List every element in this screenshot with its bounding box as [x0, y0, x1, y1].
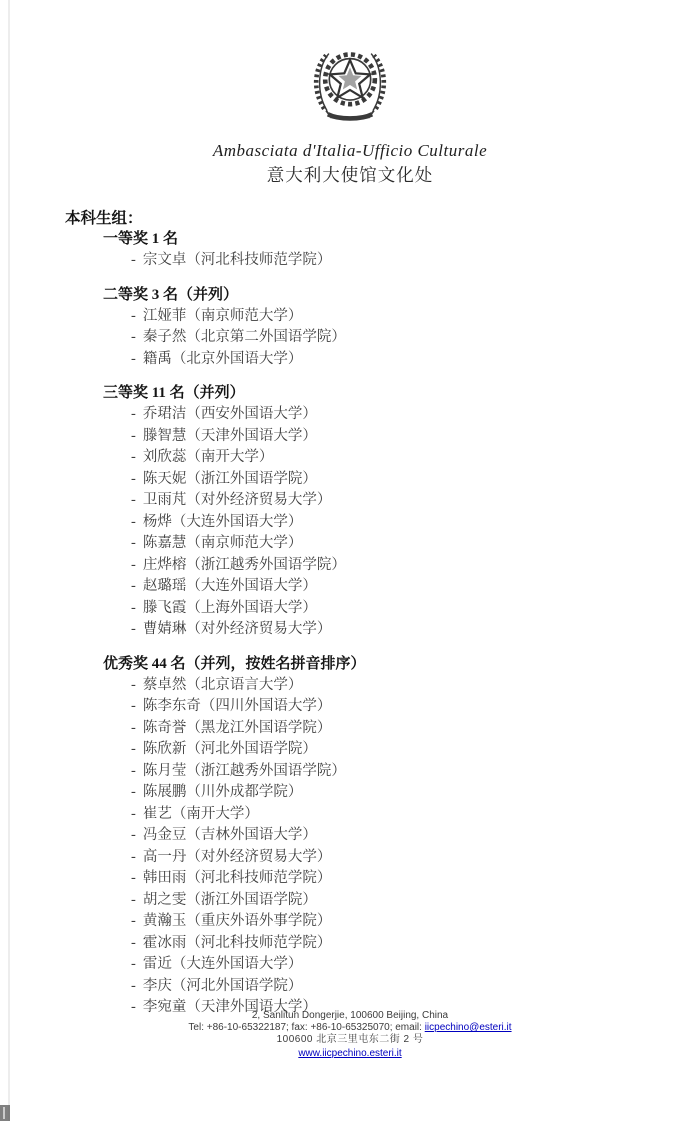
- winner-name: 秦子然（北京第二外国语学院）: [143, 329, 346, 345]
- bullet-dash: -: [131, 720, 136, 736]
- winner-name: 高一丹（对外经济贸易大学）: [143, 849, 332, 865]
- winner-item: -滕飞霞（上海外国语大学）: [65, 598, 700, 620]
- bullet-dash: -: [131, 741, 136, 757]
- winner-name: 陈月莹（浙江越秀外国语学院）: [143, 763, 346, 779]
- bullet-dash: -: [131, 471, 136, 487]
- footer-address-en: 2, Sanlitun Dongerjie, 100600 Beijing, C…: [0, 1010, 700, 1022]
- winner-item: -陈天妮（浙江外国语学院）: [65, 469, 700, 491]
- bullet-dash: -: [131, 600, 136, 616]
- winner-item: -霍冰雨（河北科技师范学院）: [65, 933, 700, 955]
- bullet-dash: -: [131, 677, 136, 693]
- group-title: 本科生组：: [65, 209, 700, 229]
- footer-contact-prefix: Tel: +86-10-65322187; fax: +86-10-653250…: [188, 1022, 424, 1033]
- winner-item: -陈嘉慧（南京师范大学）: [65, 533, 700, 555]
- section-heading: 二等奖 3 名（并列）: [65, 285, 700, 306]
- winner-name: 卫雨芃（对外经济贸易大学）: [143, 492, 332, 508]
- bullet-dash: -: [131, 870, 136, 886]
- winner-item: -乔珺洁（西安外国语大学）: [65, 404, 700, 426]
- bullet-dash: -: [131, 784, 136, 800]
- winner-item: -李庆（河北外国语学院）: [65, 976, 700, 998]
- winner-name: 霍冰雨（河北科技师范学院）: [143, 935, 332, 951]
- bullet-dash: -: [131, 308, 136, 324]
- italian-republic-emblem-icon: [304, 36, 396, 130]
- winner-item: -韩田雨（河北科技师范学院）: [65, 868, 700, 890]
- bullet-dash: -: [131, 351, 136, 367]
- bullet-dash: -: [131, 849, 136, 865]
- bullet-dash: -: [131, 514, 136, 530]
- letterhead: Ambasciata d'Italia-Ufficio Culturale 意大…: [0, 0, 700, 187]
- winner-item: -卫雨芃（对外经济贸易大学）: [65, 490, 700, 512]
- bullet-dash: -: [131, 698, 136, 714]
- winner-item: -高一丹（对外经济贸易大学）: [65, 847, 700, 869]
- winner-item: -冯金豆（吉林外国语大学）: [65, 825, 700, 847]
- section-heading: 一等奖 1 名: [65, 229, 700, 250]
- winner-name: 江娅菲（南京师范大学）: [143, 308, 303, 324]
- scan-corner-artifact: [0, 1105, 10, 1121]
- awards-list: 本科生组： 一等奖 1 名-宗文卓（河北科技师范学院）二等奖 3 名（并列）-江…: [65, 209, 700, 1019]
- winner-item: -滕智慧（天津外国语大学）: [65, 426, 700, 448]
- winner-name: 陈嘉慧（南京师范大学）: [143, 535, 303, 551]
- winner-item: -蔡卓然（北京语言大学）: [65, 675, 700, 697]
- email-link[interactable]: iicpechino@esteri.it: [425, 1022, 512, 1033]
- bullet-dash: -: [131, 557, 136, 573]
- bullet-dash: -: [131, 806, 136, 822]
- bullet-dash: -: [131, 535, 136, 551]
- bullet-dash: -: [131, 252, 136, 268]
- bullet-dash: -: [131, 892, 136, 908]
- winner-item: -曹婧琳（对外经济贸易大学）: [65, 619, 700, 641]
- winner-item: -胡之雯（浙江外国语学院）: [65, 890, 700, 912]
- winner-item: -崔艺（南开大学）: [65, 804, 700, 826]
- bullet-dash: -: [131, 578, 136, 594]
- bullet-dash: -: [131, 978, 136, 994]
- winner-name: 崔艺（南开大学）: [143, 806, 259, 822]
- winner-name: 滕智慧（天津外国语大学）: [143, 428, 317, 444]
- scan-edge-artifact: [8, 0, 10, 1121]
- winner-item: -陈展鹏（川外成都学院）: [65, 782, 700, 804]
- winner-name: 李庆（河北外国语学院）: [143, 978, 303, 994]
- winner-item: -黄瀚玉（重庆外语外事学院）: [65, 911, 700, 933]
- winner-name: 陈天妮（浙江外国语学院）: [143, 471, 317, 487]
- winner-item: -陈欣新（河北外国语学院）: [65, 739, 700, 761]
- footer-address-zh: 100600 北京三里屯东二街 2 号: [0, 1034, 700, 1046]
- winner-item: -赵璐瑶（大连外国语大学）: [65, 576, 700, 598]
- winner-item: -雷近（大连外国语大学）: [65, 954, 700, 976]
- winner-item: -籍禹（北京外国语大学）: [65, 349, 700, 371]
- document-page: Ambasciata d'Italia-Ufficio Culturale 意大…: [0, 0, 700, 1121]
- bullet-dash: -: [131, 956, 136, 972]
- footer: 2, Sanlitun Dongerjie, 100600 Beijing, C…: [0, 1010, 700, 1060]
- winner-name: 宗文卓（河北科技师范学院）: [143, 252, 332, 268]
- footer-contact-line: Tel: +86-10-65322187; fax: +86-10-653250…: [0, 1022, 700, 1034]
- winner-name: 庄烨榕（浙江越秀外国语学院）: [143, 557, 346, 573]
- bullet-dash: -: [131, 913, 136, 929]
- winner-item: -庄烨榕（浙江越秀外国语学院）: [65, 555, 700, 577]
- winner-name: 蔡卓然（北京语言大学）: [143, 677, 303, 693]
- winner-item: -秦子然（北京第二外国语学院）: [65, 327, 700, 349]
- bullet-dash: -: [131, 827, 136, 843]
- winner-name: 赵璐瑶（大连外国语大学）: [143, 578, 317, 594]
- winner-name: 陈欣新（河北外国语学院）: [143, 741, 317, 757]
- winner-item: -刘欣蕊（南开大学）: [65, 447, 700, 469]
- winner-name: 陈展鹏（川外成都学院）: [143, 784, 303, 800]
- winner-item: -陈李东奇（四川外国语大学）: [65, 696, 700, 718]
- winner-item: -陈奇誉（黑龙江外国语学院）: [65, 718, 700, 740]
- bullet-dash: -: [131, 935, 136, 951]
- winner-name: 曹婧琳（对外经济贸易大学）: [143, 621, 332, 637]
- winner-item: -陈月莹（浙江越秀外国语学院）: [65, 761, 700, 783]
- winner-item: -杨烨（大连外国语大学）: [65, 512, 700, 534]
- bullet-dash: -: [131, 621, 136, 637]
- section-heading: 优秀奖 44 名（并列，按姓名拼音排序）: [65, 654, 700, 675]
- winner-name: 籍禹（北京外国语大学）: [143, 351, 303, 367]
- winner-name: 滕飞霞（上海外国语大学）: [143, 600, 317, 616]
- bullet-dash: -: [131, 428, 136, 444]
- winner-name: 刘欣蕊（南开大学）: [143, 449, 274, 465]
- winner-name: 韩田雨（河北科技师范学院）: [143, 870, 332, 886]
- winner-name: 冯金豆（吉林外国语大学）: [143, 827, 317, 843]
- winner-name: 陈李东奇（四川外国语大学）: [143, 698, 332, 714]
- website-link[interactable]: www.iicpechino.esteri.it: [298, 1048, 401, 1059]
- winner-item: -宗文卓（河北科技师范学院）: [65, 250, 700, 272]
- winner-name: 胡之雯（浙江外国语学院）: [143, 892, 317, 908]
- winner-name: 杨烨（大连外国语大学）: [143, 514, 303, 530]
- winner-name: 雷近（大连外国语大学）: [143, 956, 303, 972]
- bullet-dash: -: [131, 763, 136, 779]
- org-name-italian: Ambasciata d'Italia-Ufficio Culturale: [0, 141, 700, 161]
- winner-item: -江娅菲（南京师范大学）: [65, 306, 700, 328]
- bullet-dash: -: [131, 406, 136, 422]
- winner-name: 乔珺洁（西安外国语大学）: [143, 406, 317, 422]
- sections-container: 一等奖 1 名-宗文卓（河北科技师范学院）二等奖 3 名（并列）-江娅菲（南京师…: [65, 229, 700, 1019]
- winner-name: 黄瀚玉（重庆外语外事学院）: [143, 913, 332, 929]
- winner-name: 陈奇誉（黑龙江外国语学院）: [143, 720, 332, 736]
- bullet-dash: -: [131, 449, 136, 465]
- bullet-dash: -: [131, 492, 136, 508]
- bullet-dash: -: [131, 329, 136, 345]
- section-heading: 三等奖 11 名（并列）: [65, 383, 700, 404]
- org-name-chinese: 意大利大使馆文化处: [0, 162, 700, 187]
